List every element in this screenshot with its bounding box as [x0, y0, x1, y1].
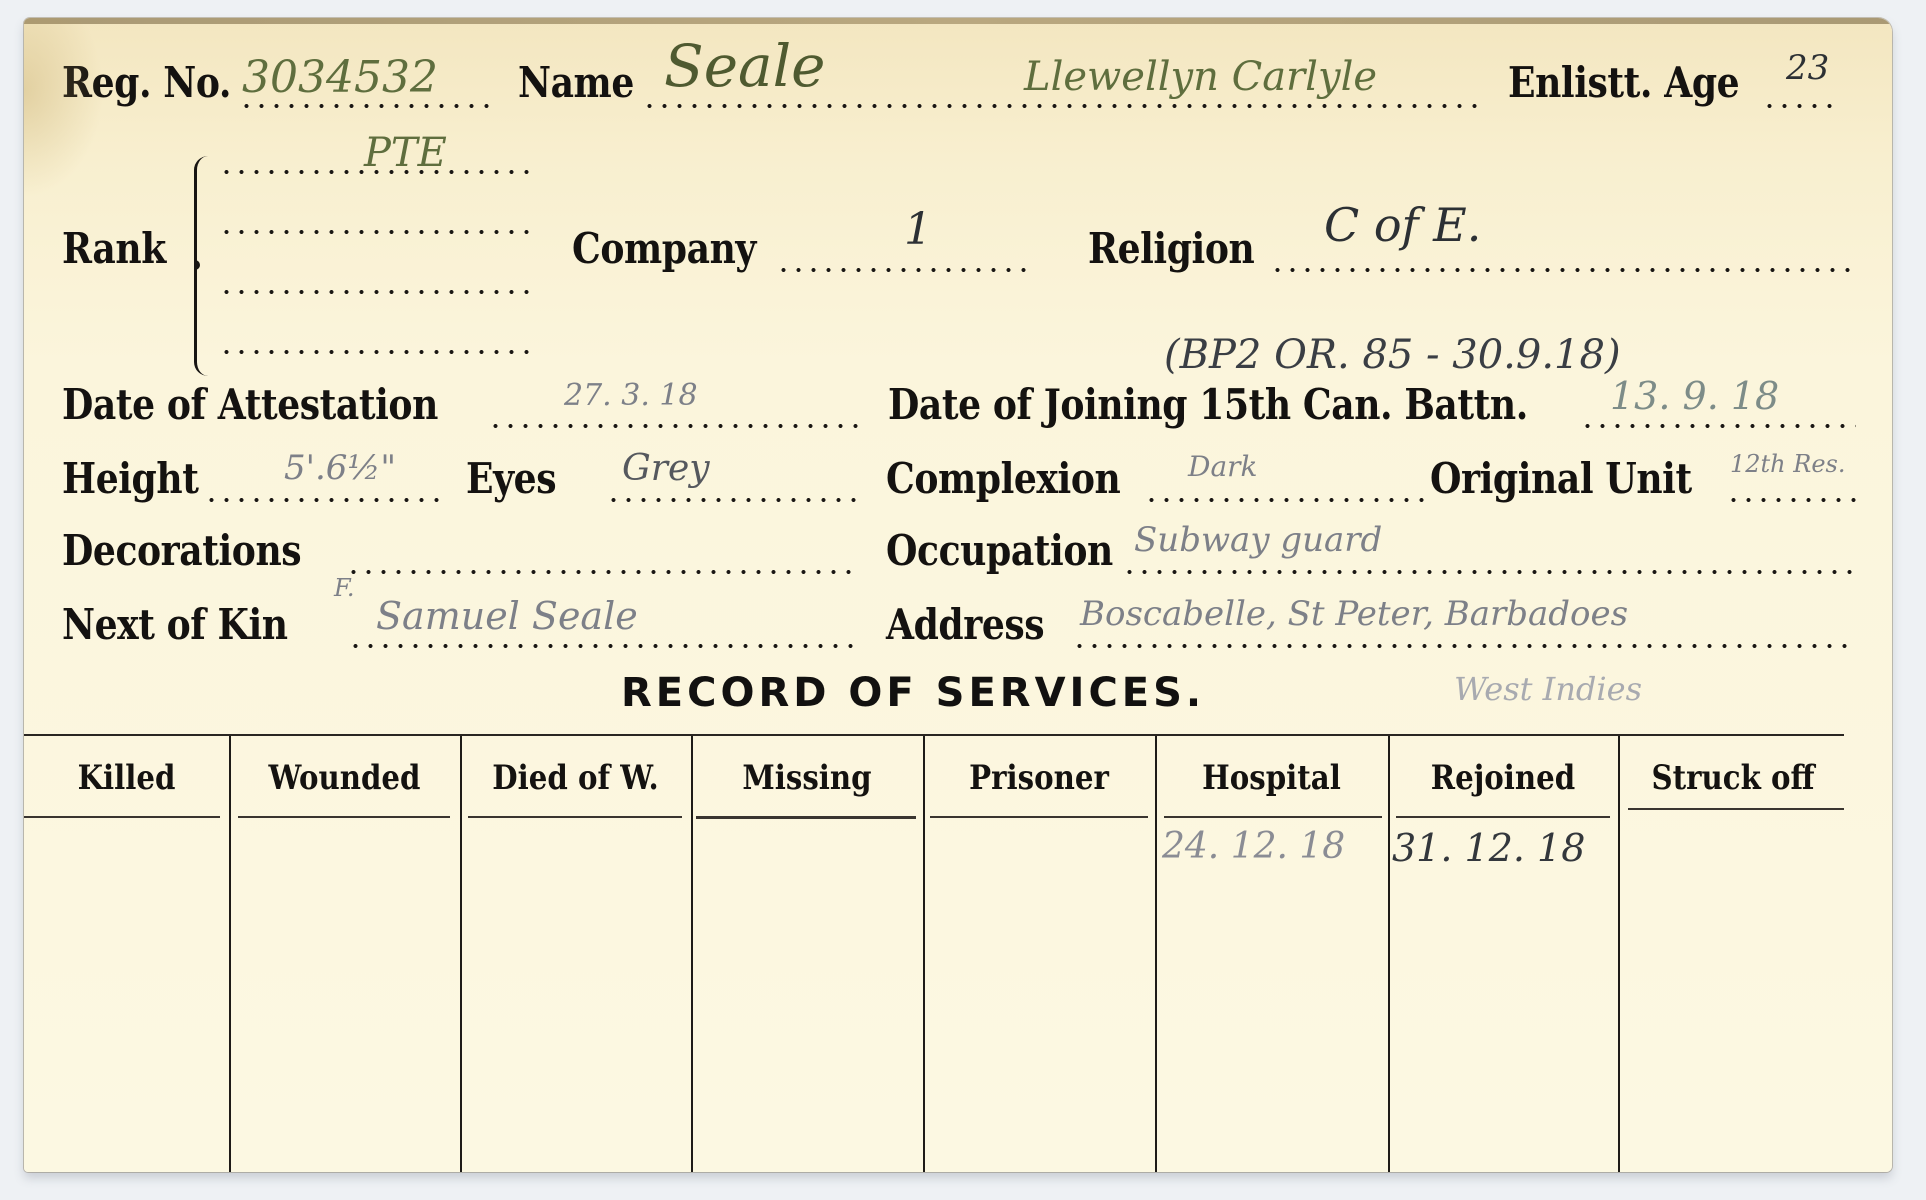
header-rule [696, 816, 916, 819]
rank-brace [194, 156, 217, 376]
column-divider [923, 736, 925, 1172]
decorations-label: Decorations [62, 526, 301, 575]
column-divider [1618, 736, 1620, 1172]
enlistment-age-label: Enlistt. Age [1508, 58, 1739, 107]
next-of-kin-dotted-line [348, 644, 860, 648]
column-divider [1388, 736, 1390, 1172]
column-header-hospital: Hospital [1171, 758, 1371, 798]
joining-dotted-line [1580, 424, 1856, 428]
column-header-prisoner: Prisoner [939, 758, 1139, 798]
address-dotted-line [1072, 644, 1856, 648]
company-dotted-line [776, 268, 1026, 272]
address-label: Address [886, 600, 1044, 649]
eyes-dotted-line [606, 498, 860, 502]
address-value: Boscabelle, St Peter, Barbadoes [1080, 594, 1628, 634]
battalion-order-annotation: (BP2 OR. 85 - 30.9.18) [1164, 332, 1621, 378]
occupation-label: Occupation [886, 526, 1113, 575]
original-unit-dotted-line [1726, 498, 1856, 502]
rank-line-1 [219, 170, 529, 174]
complexion-label: Complexion [886, 454, 1120, 503]
header-rule [468, 816, 682, 818]
column-header-missing: Missing [707, 758, 907, 798]
rank-label: Rank [62, 224, 166, 273]
hospital-date-cell: 24. 12. 18 [1162, 826, 1345, 867]
company-value: 1 [904, 204, 932, 255]
rejoined-date-cell: 31. 12. 18 [1392, 826, 1585, 870]
surname-value: Seale [664, 32, 826, 100]
occupation-value: Subway guard [1134, 520, 1382, 560]
reg-no-dotted-line [239, 104, 499, 108]
name-label: Name [518, 58, 634, 107]
attestation-dotted-line [488, 424, 860, 428]
column-header-died-of-wounds: Died of W. [476, 758, 675, 798]
column-header-rejoined: Rejoined [1404, 758, 1602, 798]
header-rule [24, 816, 220, 818]
date-of-attestation-value: 27. 3. 18 [564, 378, 698, 413]
header-rule [1628, 808, 1844, 810]
next-of-kin-relation: F. [334, 574, 355, 602]
header-rule [1164, 816, 1382, 818]
rank-line-4 [219, 350, 529, 354]
column-divider [691, 736, 693, 1172]
date-of-joining-label: Date of Joining 15th Can. Battn. [888, 380, 1528, 429]
next-of-kin-label: Next of Kin [62, 600, 288, 649]
height-label: Height [62, 454, 198, 503]
religion-label: Religion [1088, 224, 1254, 273]
column-divider [229, 736, 231, 1172]
date-of-attestation-label: Date of Attestation [62, 380, 438, 429]
column-header-struck-off: Struck off [1634, 758, 1832, 798]
occupation-dotted-line [1122, 570, 1856, 574]
date-of-joining-value: 13. 9. 18 [1610, 374, 1779, 418]
next-of-kin-value: Samuel Seale [376, 594, 638, 638]
complexion-dotted-line [1144, 498, 1434, 502]
header-rule [238, 816, 450, 818]
original-unit-value: 12th Res. [1730, 450, 1846, 478]
rank-line-3 [219, 290, 529, 294]
height-value: 5'.6½" [284, 448, 396, 488]
service-record-card: Reg. No. 3034532 Name Seale Llewellyn Ca… [24, 18, 1892, 1172]
header-rule [930, 816, 1148, 818]
reg-no-value: 3034532 [242, 52, 438, 103]
given-names-value: Llewellyn Carlyle [1024, 54, 1377, 100]
age-dotted-line [1762, 104, 1842, 108]
eyes-label: Eyes [466, 454, 556, 503]
record-of-services-heading: RECORD OF SERVICES. [621, 670, 1205, 716]
table-top-rule [24, 734, 1844, 736]
reg-no-label: Reg. No. [62, 58, 231, 107]
header-rule [1396, 816, 1610, 818]
name-dotted-line [642, 104, 1484, 108]
rank-line-2 [219, 230, 529, 234]
enlistment-age-value: 23 [1786, 48, 1829, 88]
decorations-dotted-line [346, 570, 860, 574]
column-header-wounded: Wounded [245, 758, 444, 798]
company-label: Company [572, 224, 756, 273]
original-unit-label: Original Unit [1430, 454, 1692, 503]
religion-dotted-line [1270, 268, 1856, 272]
height-dotted-line [204, 498, 448, 502]
column-divider [460, 736, 462, 1172]
column-divider [1155, 736, 1157, 1172]
address-extra-value: West Indies [1454, 670, 1642, 708]
eyes-value: Grey [622, 448, 710, 489]
complexion-value: Dark [1188, 450, 1258, 483]
column-header-killed: Killed [38, 758, 214, 798]
religion-value: C of E. [1324, 198, 1481, 252]
